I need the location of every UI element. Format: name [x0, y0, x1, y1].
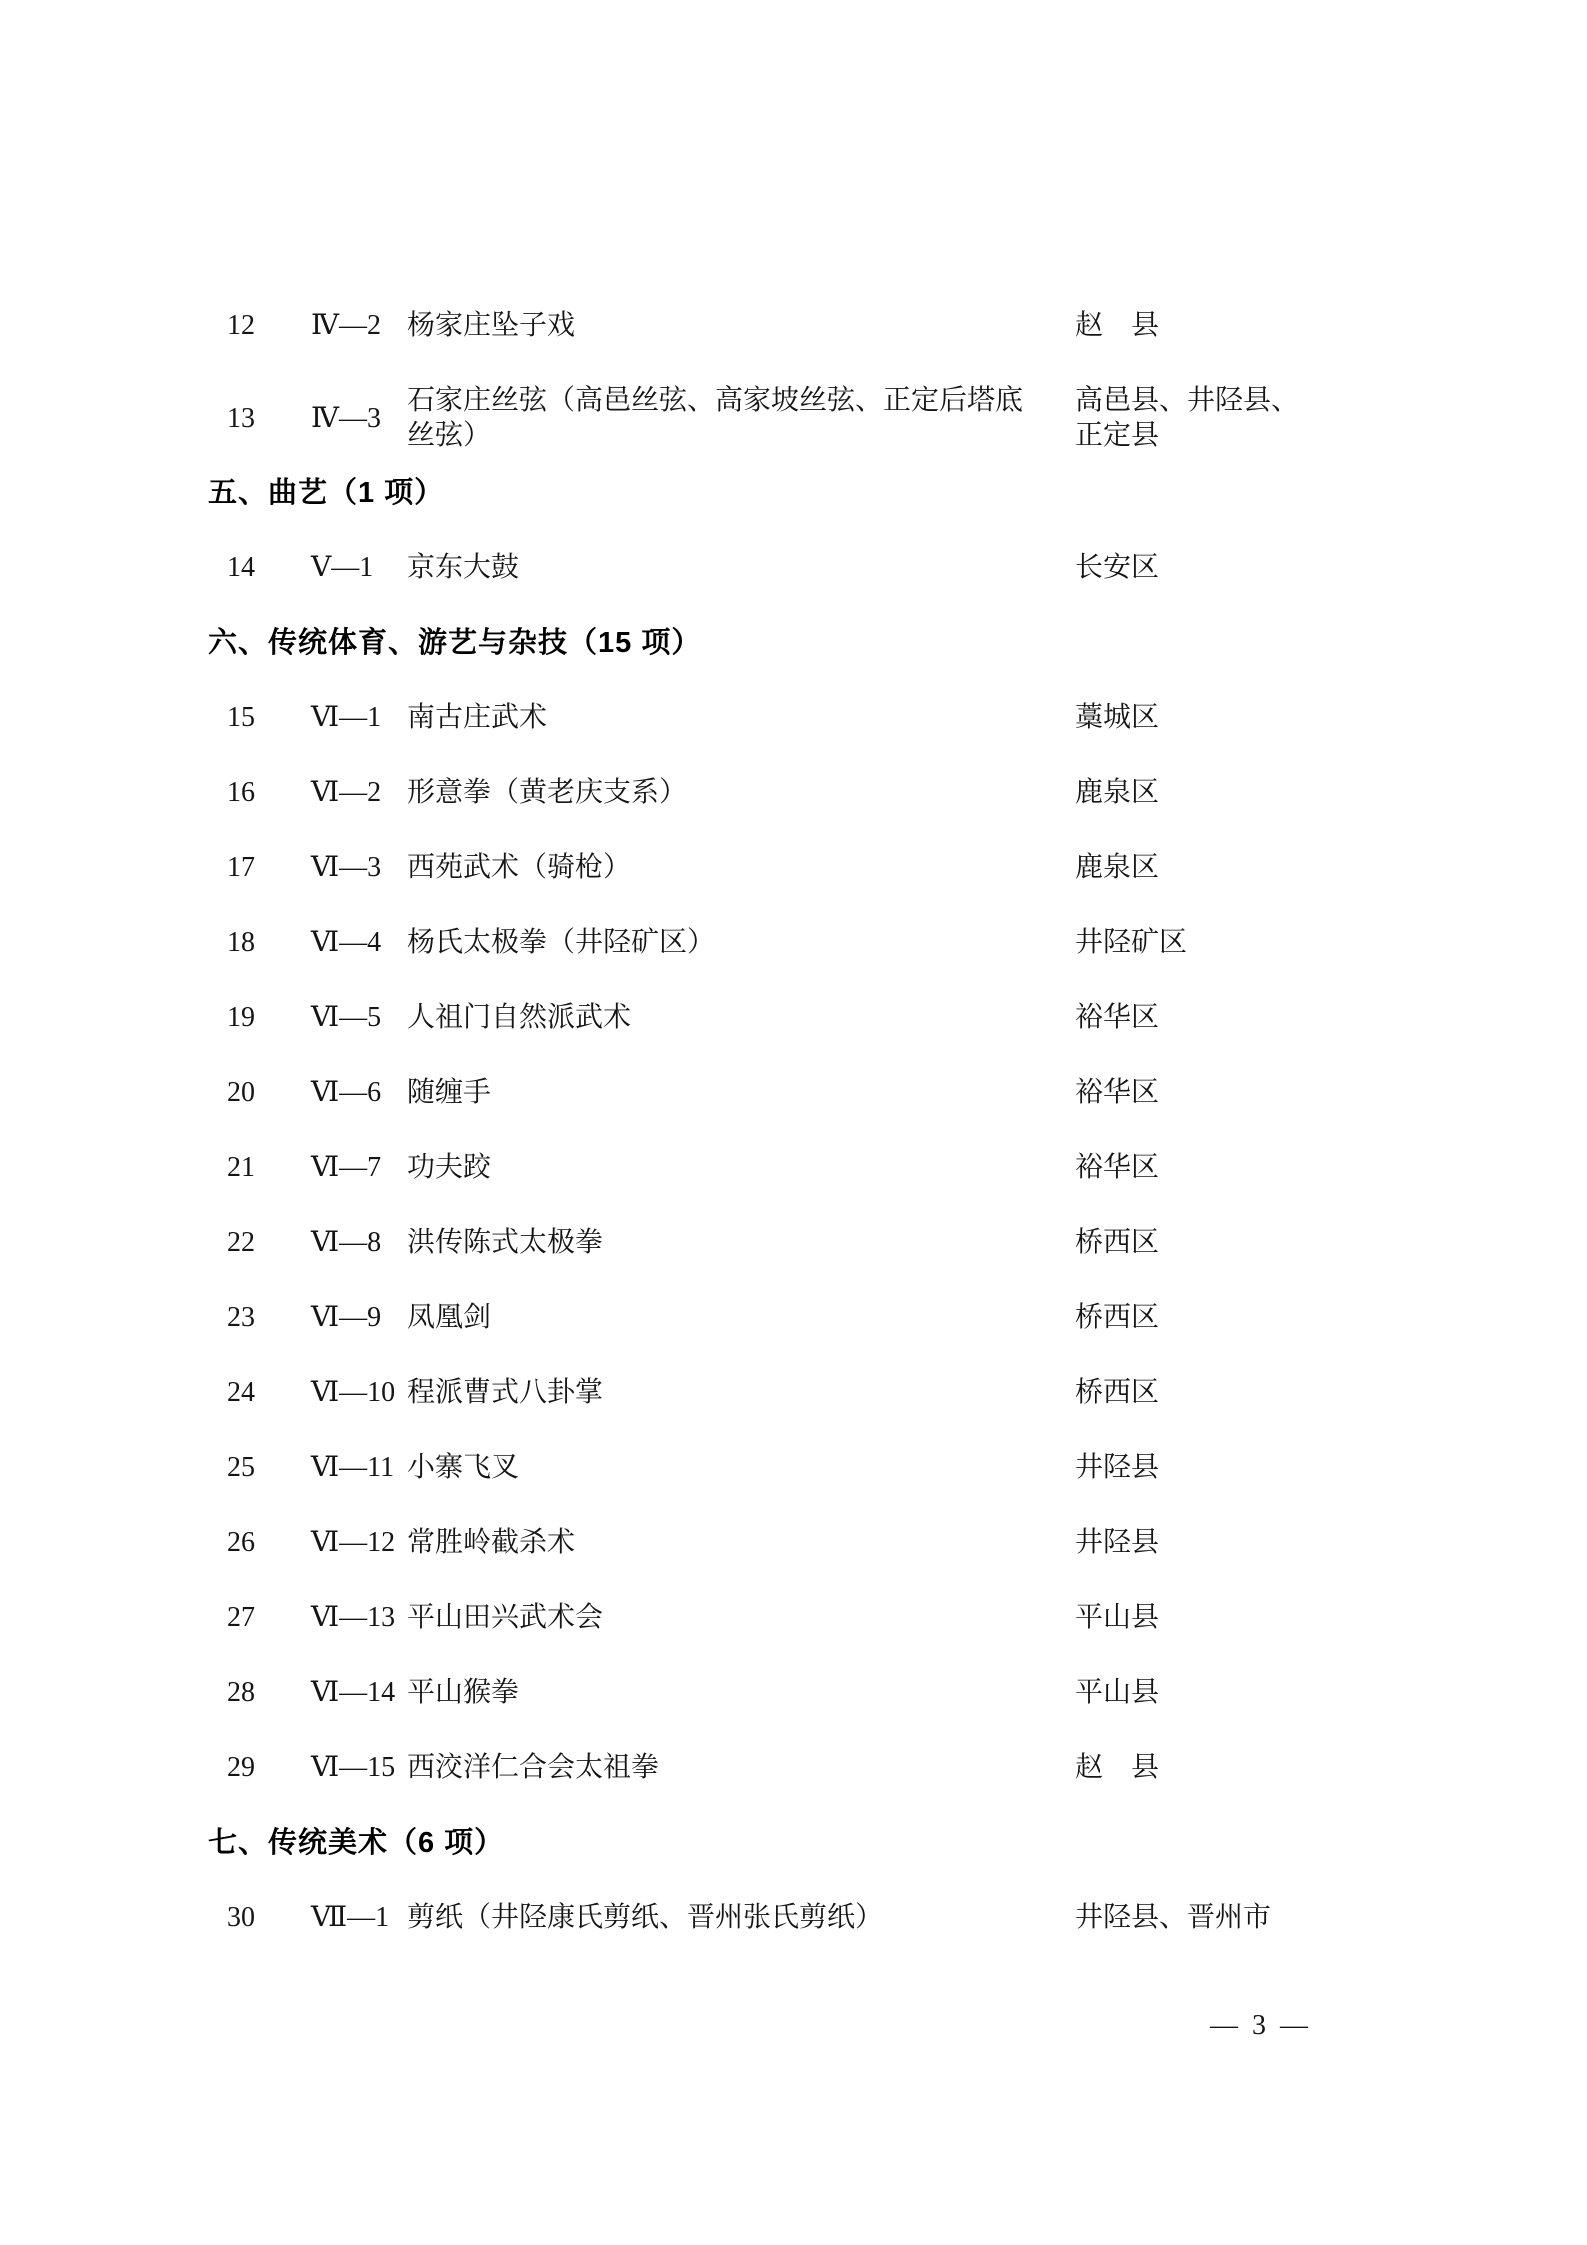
row-number: 21	[227, 1150, 311, 1185]
row-code: Ⅵ—15	[311, 1750, 407, 1785]
item-location: 平山县	[1075, 1600, 1305, 1635]
item-location: 赵 县	[1075, 308, 1305, 343]
item-name: 杨家庄坠子戏	[407, 308, 1047, 343]
table-row: 16Ⅵ—2形意拳（黄老庆支系）鹿泉区	[227, 775, 1587, 810]
item-location: 井陉县	[1075, 1450, 1305, 1485]
table-row: 19Ⅵ—5人祖门自然派武术裕华区	[227, 1000, 1587, 1035]
item-name: 洪传陈式太极拳	[407, 1225, 1047, 1260]
row-code: Ⅵ—3	[311, 850, 407, 885]
item-location: 藁城区	[1075, 700, 1305, 735]
item-location: 桥西区	[1075, 1225, 1305, 1260]
table-row: 12Ⅳ—2杨家庄坠子戏赵 县	[227, 308, 1587, 343]
item-name: 程派曹式八卦掌	[407, 1375, 1047, 1410]
table-row: 28Ⅵ—14平山猴拳平山县	[227, 1675, 1587, 1710]
row-number: 14	[227, 550, 311, 585]
item-location: 鹿泉区	[1075, 775, 1305, 810]
row-code: Ⅵ—10	[311, 1375, 407, 1410]
section-header: 五、曲艺（1 项）	[208, 475, 1587, 511]
table-row: 26Ⅵ—12常胜岭截杀术井陉县	[227, 1525, 1587, 1560]
item-name: 南古庄武术	[407, 700, 1047, 735]
row-number: 28	[227, 1675, 311, 1710]
row-code: Ⅳ—2	[311, 308, 407, 343]
item-location: 桥西区	[1075, 1375, 1305, 1410]
item-name: 杨氏太极拳（井陉矿区）	[407, 925, 1047, 960]
row-number: 30	[227, 1900, 311, 1935]
row-code: Ⅵ—11	[311, 1450, 407, 1485]
item-location: 井陉县	[1075, 1525, 1305, 1560]
table-row: 15Ⅵ—1南古庄武术藁城区	[227, 700, 1587, 735]
table-row: 14Ⅴ—1京东大鼓长安区	[227, 550, 1587, 585]
item-name: 功夫跤	[407, 1150, 1047, 1185]
row-number: 29	[227, 1750, 311, 1785]
item-name: 人祖门自然派武术	[407, 1000, 1047, 1035]
row-number: 12	[227, 308, 311, 343]
item-name: 随缠手	[407, 1075, 1047, 1110]
table-row: 29Ⅵ—15西洨洋仁合会太祖拳赵 县	[227, 1750, 1587, 1785]
row-code: Ⅵ—1	[311, 700, 407, 735]
row-code: Ⅵ—14	[311, 1675, 407, 1710]
row-number: 22	[227, 1225, 311, 1260]
table-row: 22Ⅵ—8洪传陈式太极拳桥西区	[227, 1225, 1587, 1260]
item-name: 西苑武术（骑枪）	[407, 850, 1047, 885]
row-number: 23	[227, 1300, 311, 1335]
row-code: Ⅴ—1	[311, 550, 407, 585]
item-location: 长安区	[1075, 550, 1305, 585]
row-number: 20	[227, 1075, 311, 1110]
row-code: Ⅶ—1	[311, 1900, 407, 1935]
item-location: 裕华区	[1075, 1000, 1305, 1035]
row-number: 24	[227, 1375, 311, 1410]
item-name: 小寨飞叉	[407, 1450, 1047, 1485]
item-name: 常胜岭截杀术	[407, 1525, 1047, 1560]
page-footer: — 3 —	[1210, 2010, 1308, 2042]
table-row: 13Ⅳ—3石家庄丝弦（高邑丝弦、高家坡丝弦、正定后塔底丝弦）高邑县、井陉县、正定…	[227, 383, 1587, 453]
table-row: 21Ⅵ—7功夫跤裕华区	[227, 1150, 1587, 1185]
item-name: 平山猴拳	[407, 1675, 1047, 1710]
row-number: 26	[227, 1525, 311, 1560]
row-code: Ⅳ—3	[311, 401, 407, 436]
item-name: 凤凰剑	[407, 1300, 1047, 1335]
table-row: 24Ⅵ—10程派曹式八卦掌桥西区	[227, 1375, 1587, 1410]
item-location: 平山县	[1075, 1675, 1305, 1710]
table-row: 17Ⅵ—3西苑武术（骑枪）鹿泉区	[227, 850, 1587, 885]
section-header: 六、传统体育、游艺与杂技（15 项）	[208, 625, 1587, 661]
row-code: Ⅵ—12	[311, 1525, 407, 1560]
row-code: Ⅵ—4	[311, 925, 407, 960]
item-name: 西洨洋仁合会太祖拳	[407, 1750, 1047, 1785]
row-code: Ⅵ—6	[311, 1075, 407, 1110]
table-row: 25Ⅵ—11小寨飞叉井陉县	[227, 1450, 1587, 1485]
row-code: Ⅵ—7	[311, 1150, 407, 1185]
row-code: Ⅵ—2	[311, 775, 407, 810]
item-name: 石家庄丝弦（高邑丝弦、高家坡丝弦、正定后塔底丝弦）	[407, 383, 1047, 453]
row-number: 19	[227, 1000, 311, 1035]
row-code: Ⅵ—13	[311, 1600, 407, 1635]
row-code: Ⅵ—5	[311, 1000, 407, 1035]
item-location: 鹿泉区	[1075, 850, 1305, 885]
row-number: 18	[227, 925, 311, 960]
row-number: 16	[227, 775, 311, 810]
item-name: 形意拳（黄老庆支系）	[407, 775, 1047, 810]
item-location: 井陉矿区	[1075, 925, 1305, 960]
footer-dash-right: —	[1280, 2010, 1308, 2042]
item-location: 裕华区	[1075, 1150, 1305, 1185]
row-number: 25	[227, 1450, 311, 1485]
item-name: 京东大鼓	[407, 550, 1047, 585]
footer-page-number: 3	[1252, 2010, 1266, 2042]
document-page: 12Ⅳ—2杨家庄坠子戏赵 县13Ⅳ—3石家庄丝弦（高邑丝弦、高家坡丝弦、正定后塔…	[0, 0, 1587, 2245]
item-name: 剪纸（井陉康氏剪纸、晋州张氏剪纸）	[407, 1900, 1047, 1935]
table-row: 30Ⅶ—1剪纸（井陉康氏剪纸、晋州张氏剪纸）井陉县、晋州市	[227, 1900, 1587, 1935]
section-header: 七、传统美术（6 项）	[208, 1825, 1587, 1861]
heritage-item-list: 12Ⅳ—2杨家庄坠子戏赵 县13Ⅳ—3石家庄丝弦（高邑丝弦、高家坡丝弦、正定后塔…	[0, 0, 1587, 1935]
item-location: 井陉县、晋州市	[1075, 1900, 1305, 1935]
row-number: 17	[227, 850, 311, 885]
item-location: 裕华区	[1075, 1075, 1305, 1110]
row-code: Ⅵ—9	[311, 1300, 407, 1335]
item-location: 赵 县	[1075, 1750, 1305, 1785]
row-number: 15	[227, 700, 311, 735]
table-row: 23Ⅵ—9凤凰剑桥西区	[227, 1300, 1587, 1335]
table-row: 20Ⅵ—6随缠手裕华区	[227, 1075, 1587, 1110]
item-location: 高邑县、井陉县、正定县	[1075, 383, 1305, 453]
row-number: 13	[227, 401, 311, 436]
table-row: 18Ⅵ—4杨氏太极拳（井陉矿区）井陉矿区	[227, 925, 1587, 960]
row-number: 27	[227, 1600, 311, 1635]
item-location: 桥西区	[1075, 1300, 1305, 1335]
row-code: Ⅵ—8	[311, 1225, 407, 1260]
table-row: 27Ⅵ—13平山田兴武术会平山县	[227, 1600, 1587, 1635]
footer-dash-left: —	[1210, 2010, 1238, 2042]
item-name: 平山田兴武术会	[407, 1600, 1047, 1635]
